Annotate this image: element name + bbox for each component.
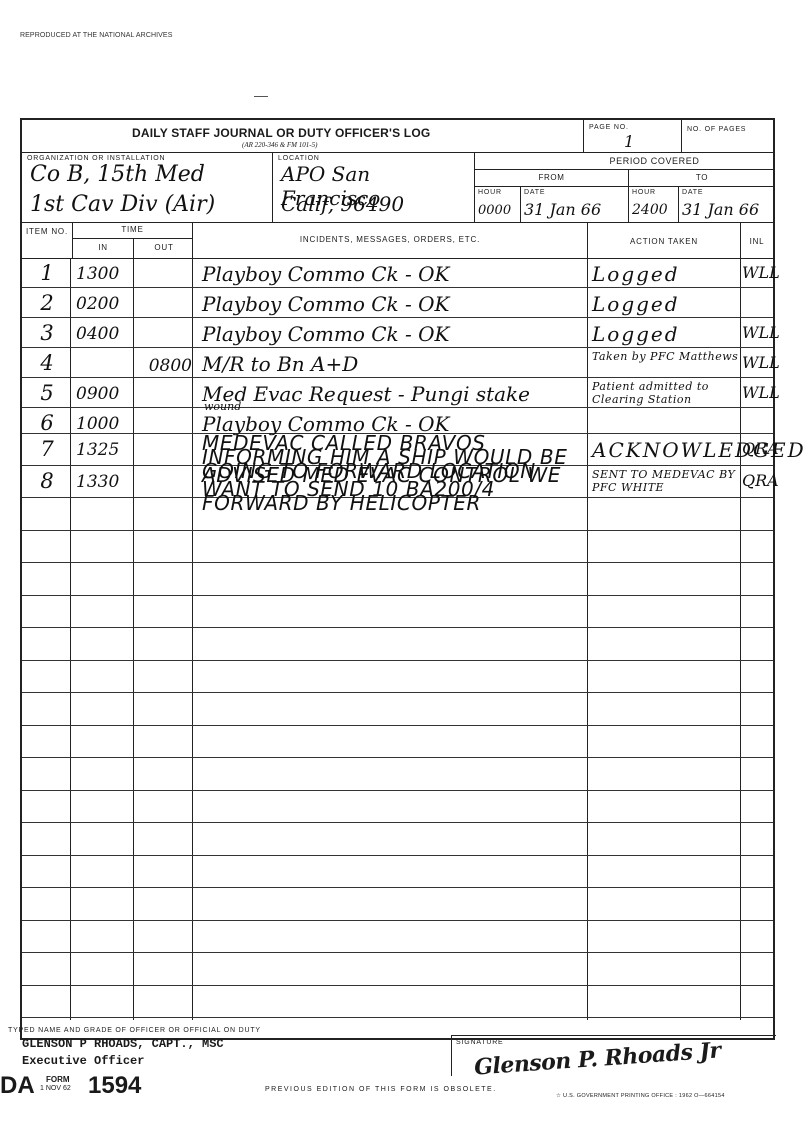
col-incidents: INCIDENTS, MESSAGES, ORDERS, ETC. (192, 222, 587, 258)
incident-text: ADVISED MED EVAC CONTROL WE WANT TO SEND… (202, 466, 582, 497)
form-subtitle: (AR 220-346 & FM 101-5) (242, 141, 317, 149)
action-taken (592, 408, 740, 433)
table-row[interactable]: 50900Med Evac Request - Pungi stakewound… (22, 378, 773, 408)
from-date-label: DATE (524, 189, 545, 196)
table-row[interactable]: 30400Playboy Commo Ck - OKLoggedWLL (22, 318, 773, 348)
page-no-value: 1 (624, 132, 634, 151)
initials: QRA (742, 434, 773, 465)
time-in: 1300 (76, 258, 134, 287)
incident-text: MEDEVAC CALLED BRAVOS INFORMING HIM A SH… (202, 434, 582, 465)
time-in: 1330 (76, 466, 134, 497)
time-in: 0200 (76, 288, 134, 317)
table-row[interactable]: 81330ADVISED MED EVAC CONTROL WE WANT TO… (22, 466, 773, 498)
initials: QRA (742, 466, 773, 497)
to-hour-label: HOUR (632, 189, 656, 196)
time-in: 0900 (76, 378, 134, 407)
table-row-blank[interactable] (22, 986, 773, 1019)
table-row-blank[interactable] (22, 628, 773, 661)
from-date-value: 31 Jan 66 (524, 200, 601, 219)
page-no-label: PAGE NO. (589, 124, 629, 131)
to-hour-field[interactable]: HOUR 2400 (628, 186, 678, 222)
num-pages-label: NO. OF PAGES (687, 126, 746, 133)
item-no: 1 (22, 258, 72, 287)
action-taken: ACKNOWLEDGED (592, 434, 740, 465)
action-taken: Patient admitted to Clearing Station (592, 378, 740, 407)
item-no: 7 (22, 434, 72, 465)
time-out (134, 258, 192, 287)
archive-stamp: REPRODUCED AT THE NATIONAL ARCHIVES (20, 32, 172, 39)
organization-label: ORGANIZATION OR INSTALLATION (27, 155, 165, 162)
officer-label: TYPED NAME AND GRADE OF OFFICER OR OFFIC… (8, 1027, 261, 1034)
from-hour-value: 0000 (478, 203, 511, 218)
from-hour-field[interactable]: HOUR 0000 (475, 186, 520, 222)
form-number-value: 1594 (88, 1072, 141, 1100)
from-date-field[interactable]: DATE 31 Jan 66 (520, 186, 628, 222)
table-row-blank[interactable] (22, 661, 773, 694)
initials: WLL (742, 258, 773, 287)
item-no: 2 (22, 288, 72, 317)
log-body: 11300Playboy Commo Ck - OKLoggedWLL20200… (22, 258, 773, 1020)
period-covered-label: PERIOD COVERED (475, 152, 774, 170)
table-row[interactable]: 20200Playboy Commo Ck - OKLogged (22, 288, 773, 318)
incident-text: M/R to Bn A+D (202, 348, 587, 377)
time-out: 0800 (134, 348, 192, 377)
time-out (134, 408, 192, 433)
form-title: DAILY STAFF JOURNAL OR DUTY OFFICER'S LO… (132, 126, 430, 140)
form-title-row: DAILY STAFF JOURNAL OR DUTY OFFICER'S LO… (22, 120, 773, 153)
signature-value: Glenson P. Rhoads Jr (473, 1037, 721, 1080)
table-row-blank[interactable] (22, 758, 773, 791)
organization-line-1: Co B, 15th Med (30, 162, 205, 187)
incident-text: Playboy Commo Ck - OK (202, 288, 587, 317)
initials: WLL (742, 318, 773, 347)
table-row-blank[interactable] (22, 921, 773, 954)
time-out (134, 466, 192, 497)
table-row-blank[interactable] (22, 498, 773, 531)
officer-name: GLENSON P RHOADS, CAPT., MSC (22, 1037, 224, 1051)
to-date-field[interactable]: DATE 31 Jan 66 (678, 186, 774, 222)
location-label: LOCATION (278, 155, 320, 162)
column-header-row: ITEM NO. TIME IN OUT INCIDENTS, MESSAGES… (22, 222, 773, 259)
col-action-taken: ACTION TAKEN (587, 222, 740, 258)
num-pages-field[interactable]: NO. OF PAGES (681, 120, 774, 152)
item-no: 6 (22, 408, 72, 433)
table-row-blank[interactable] (22, 563, 773, 596)
organization-line-2: 1st Cav Div (Air) (30, 192, 215, 217)
col-time-in: IN (73, 239, 133, 257)
initials (742, 408, 773, 433)
officer-position: Executive Officer (22, 1054, 144, 1068)
action-taken: SENT TO MEDEVAC BY PFC WHITE (592, 466, 740, 497)
table-row-blank[interactable] (22, 791, 773, 824)
action-taken: Logged (592, 318, 740, 347)
table-row-blank[interactable] (22, 596, 773, 629)
duty-officer-log-form: DAILY STAFF JOURNAL OR DUTY OFFICER'S LO… (20, 118, 775, 1040)
time-in: 0400 (76, 318, 134, 347)
from-hour-label: HOUR (478, 189, 502, 196)
obsolete-notice: PREVIOUS EDITION OF THIS FORM IS OBSOLET… (265, 1086, 497, 1093)
period-from-label: FROM (475, 170, 628, 187)
to-hour-value: 2400 (632, 202, 668, 218)
incident-text: Med Evac Request - Pungi stake (202, 378, 587, 407)
form-form-label: FORM (46, 1075, 70, 1084)
signature-label: SIGNATURE (456, 1039, 504, 1046)
col-time-out: OUT (133, 239, 194, 258)
action-taken: Logged (592, 288, 740, 317)
page-no-field[interactable]: PAGE NO. 1 (583, 120, 682, 152)
initials: WLL (742, 378, 773, 407)
to-date-label: DATE (682, 189, 703, 196)
item-no: 4 (22, 348, 72, 377)
to-date-value: 31 Jan 66 (682, 200, 759, 219)
scan-mark (254, 96, 268, 97)
incident-note: wound (204, 400, 241, 407)
time-in (76, 348, 134, 377)
action-taken: Logged (592, 258, 740, 287)
organization-field[interactable]: ORGANIZATION OR INSTALLATION Co B, 15th … (22, 152, 272, 222)
location-line-2: Calif, 96490 (281, 192, 404, 216)
col-time-label: TIME (73, 222, 192, 239)
initials (742, 288, 773, 317)
form-date: 1 NOV 62 (40, 1085, 71, 1092)
time-out (134, 288, 192, 317)
signature-field[interactable]: SIGNATURE Glenson P. Rhoads Jr (451, 1035, 776, 1076)
location-field[interactable]: LOCATION APO San Francisco Calif, 96490 (272, 152, 475, 222)
time-out (134, 434, 192, 465)
period-to-label: TO (628, 170, 775, 187)
time-out (134, 378, 192, 407)
table-row[interactable]: 40800M/R to Bn A+DTaken by PFC MatthewsW… (22, 348, 773, 378)
table-row-blank[interactable] (22, 953, 773, 986)
table-row[interactable]: 71325MEDEVAC CALLED BRAVOS INFORMING HIM… (22, 434, 773, 466)
incident-text: Playboy Commo Ck - OK (202, 258, 587, 287)
table-row-blank[interactable] (22, 823, 773, 856)
printing-office-notice: ☆ U.S. GOVERNMENT PRINTING OFFICE : 1962… (556, 1093, 725, 1099)
item-no: 3 (22, 318, 72, 347)
initials: WLL (742, 348, 773, 377)
incident-text: Playboy Commo Ck - OK (202, 408, 587, 433)
table-row-blank[interactable] (22, 693, 773, 726)
time-in: 1325 (76, 434, 134, 465)
organization-row: ORGANIZATION OR INSTALLATION Co B, 15th … (22, 152, 773, 223)
table-row-blank[interactable] (22, 888, 773, 921)
form-da: DA (0, 1072, 35, 1100)
table-row-blank[interactable] (22, 856, 773, 889)
period-covered: PERIOD COVERED FROM TO HOUR 0000 DATE 31… (474, 152, 774, 222)
col-time: TIME IN OUT (72, 222, 192, 258)
table-row-blank[interactable] (22, 531, 773, 564)
incident-text: Playboy Commo Ck - OK (202, 318, 587, 347)
table-row-blank[interactable] (22, 726, 773, 759)
col-inl: INL (740, 222, 773, 258)
table-row[interactable]: 11300Playboy Commo Ck - OKLoggedWLL (22, 258, 773, 288)
item-no: 8 (22, 466, 72, 497)
item-no: 5 (22, 378, 72, 407)
col-item-no: ITEM NO. (22, 222, 72, 258)
time-in: 1000 (76, 408, 134, 433)
action-taken: Taken by PFC Matthews (592, 348, 740, 377)
time-out (134, 318, 192, 347)
